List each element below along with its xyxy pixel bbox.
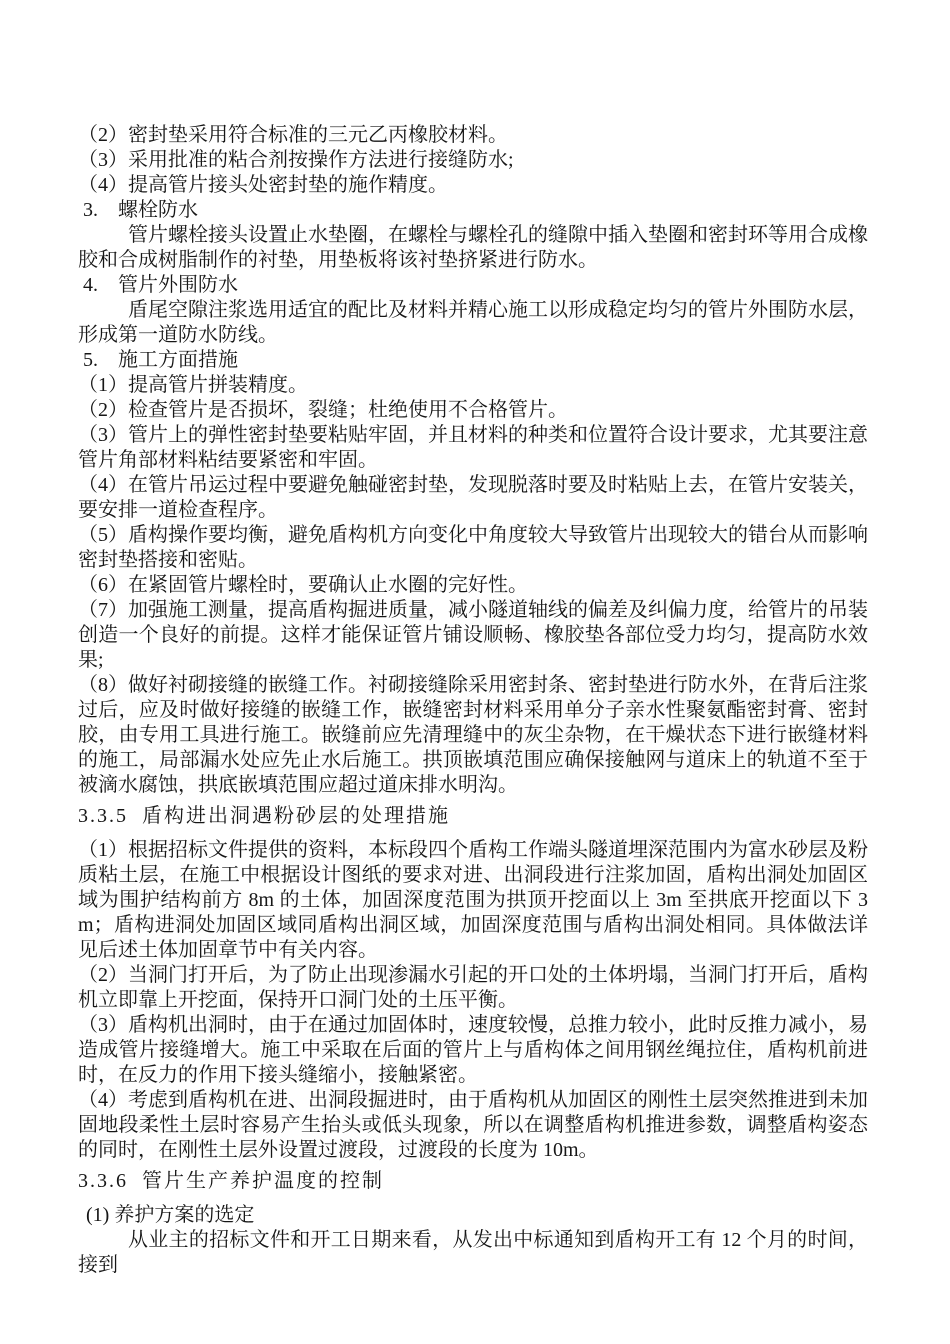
list-item: （4）在管片吊运过程中要避免触碰密封垫，发现脱落时要及时粘贴上去，在管片安装关，… (78, 473, 868, 523)
document-body: （2）密封垫采用符合标准的三元乙丙橡胶材料。（3）采用批准的粘合剂按操作方法进行… (78, 123, 868, 1278)
numbered-heading: 4. 管片外围防水 (78, 273, 868, 298)
list-item: （2）密封垫采用符合标准的三元乙丙橡胶材料。 (78, 123, 868, 148)
list-item: （8）做好衬砌接缝的嵌缝工作。衬砌接缝除采用密封条、密封垫进行防水外，在背后注浆… (78, 673, 868, 798)
section-heading: 3.3.5 盾构进出洞遇粉砂层的处理措施 (78, 804, 868, 829)
list-item: （3）管片上的弹性密封垫要粘贴牢固，并且材料的种类和位置符合设计要求，尤其要注意… (78, 423, 868, 473)
numbered-heading: 3. 螺栓防水 (78, 198, 868, 223)
list-item: （7）加强施工测量，提高盾构掘进质量，减小隧道轴线的偏差及纠偏力度，给管片的吊装… (78, 598, 868, 673)
indented-paragraph: 从业主的招标文件和开工日期来看，从发出中标通知到盾构开工有 12 个月的时间，接… (78, 1228, 868, 1278)
list-item: （4）考虑到盾构机在进、出洞段掘进时，由于盾构机从加固区的刚性土层突然推进到未加… (78, 1088, 868, 1163)
numbered-heading: 5. 施工方面措施 (78, 348, 868, 373)
list-item: （1）提高管片拼装精度。 (78, 373, 868, 398)
list-item: （3）采用批准的粘合剂按操作方法进行接缝防水; (78, 148, 868, 173)
list-item: （2）检查管片是否损坏，裂缝；杜绝使用不合格管片。 (78, 398, 868, 423)
list-item: （6）在紧固管片螺栓时，要确认止水圈的完好性。 (78, 573, 868, 598)
sub-list-item: (1) 养护方案的选定 (78, 1203, 868, 1228)
section-heading: 3.3.6 管片生产养护温度的控制 (78, 1169, 868, 1194)
indented-paragraph: 盾尾空隙注浆选用适宜的配比及材料并精心施工以形成稳定均匀的管片外围防水层，形成第… (78, 298, 868, 348)
list-item: （1）根据招标文件提供的资料，本标段四个盾构工作端头隧道埋深范围内为富水砂层及粉… (78, 838, 868, 963)
list-item: （2）当洞门打开后，为了防止出现渗漏水引起的开口处的土体坍塌，当洞门打开后，盾构… (78, 963, 868, 1013)
list-item: （4）提高管片接头处密封垫的施作精度。 (78, 173, 868, 198)
document-page: （2）密封垫采用符合标准的三元乙丙橡胶材料。（3）采用批准的粘合剂按操作方法进行… (0, 0, 950, 1344)
indented-paragraph: 管片螺栓接头设置止水垫圈，在螺栓与螺栓孔的缝隙中插入垫圈和密封环等用合成橡胶和合… (78, 223, 868, 273)
list-item: （3）盾构机出洞时，由于在通过加固体时，速度较慢，总推力较小，此时反推力减小，易… (78, 1013, 868, 1088)
list-item: （5）盾构操作要均衡，避免盾构机方向变化中角度较大导致管片出现较大的错台从而影响… (78, 523, 868, 573)
